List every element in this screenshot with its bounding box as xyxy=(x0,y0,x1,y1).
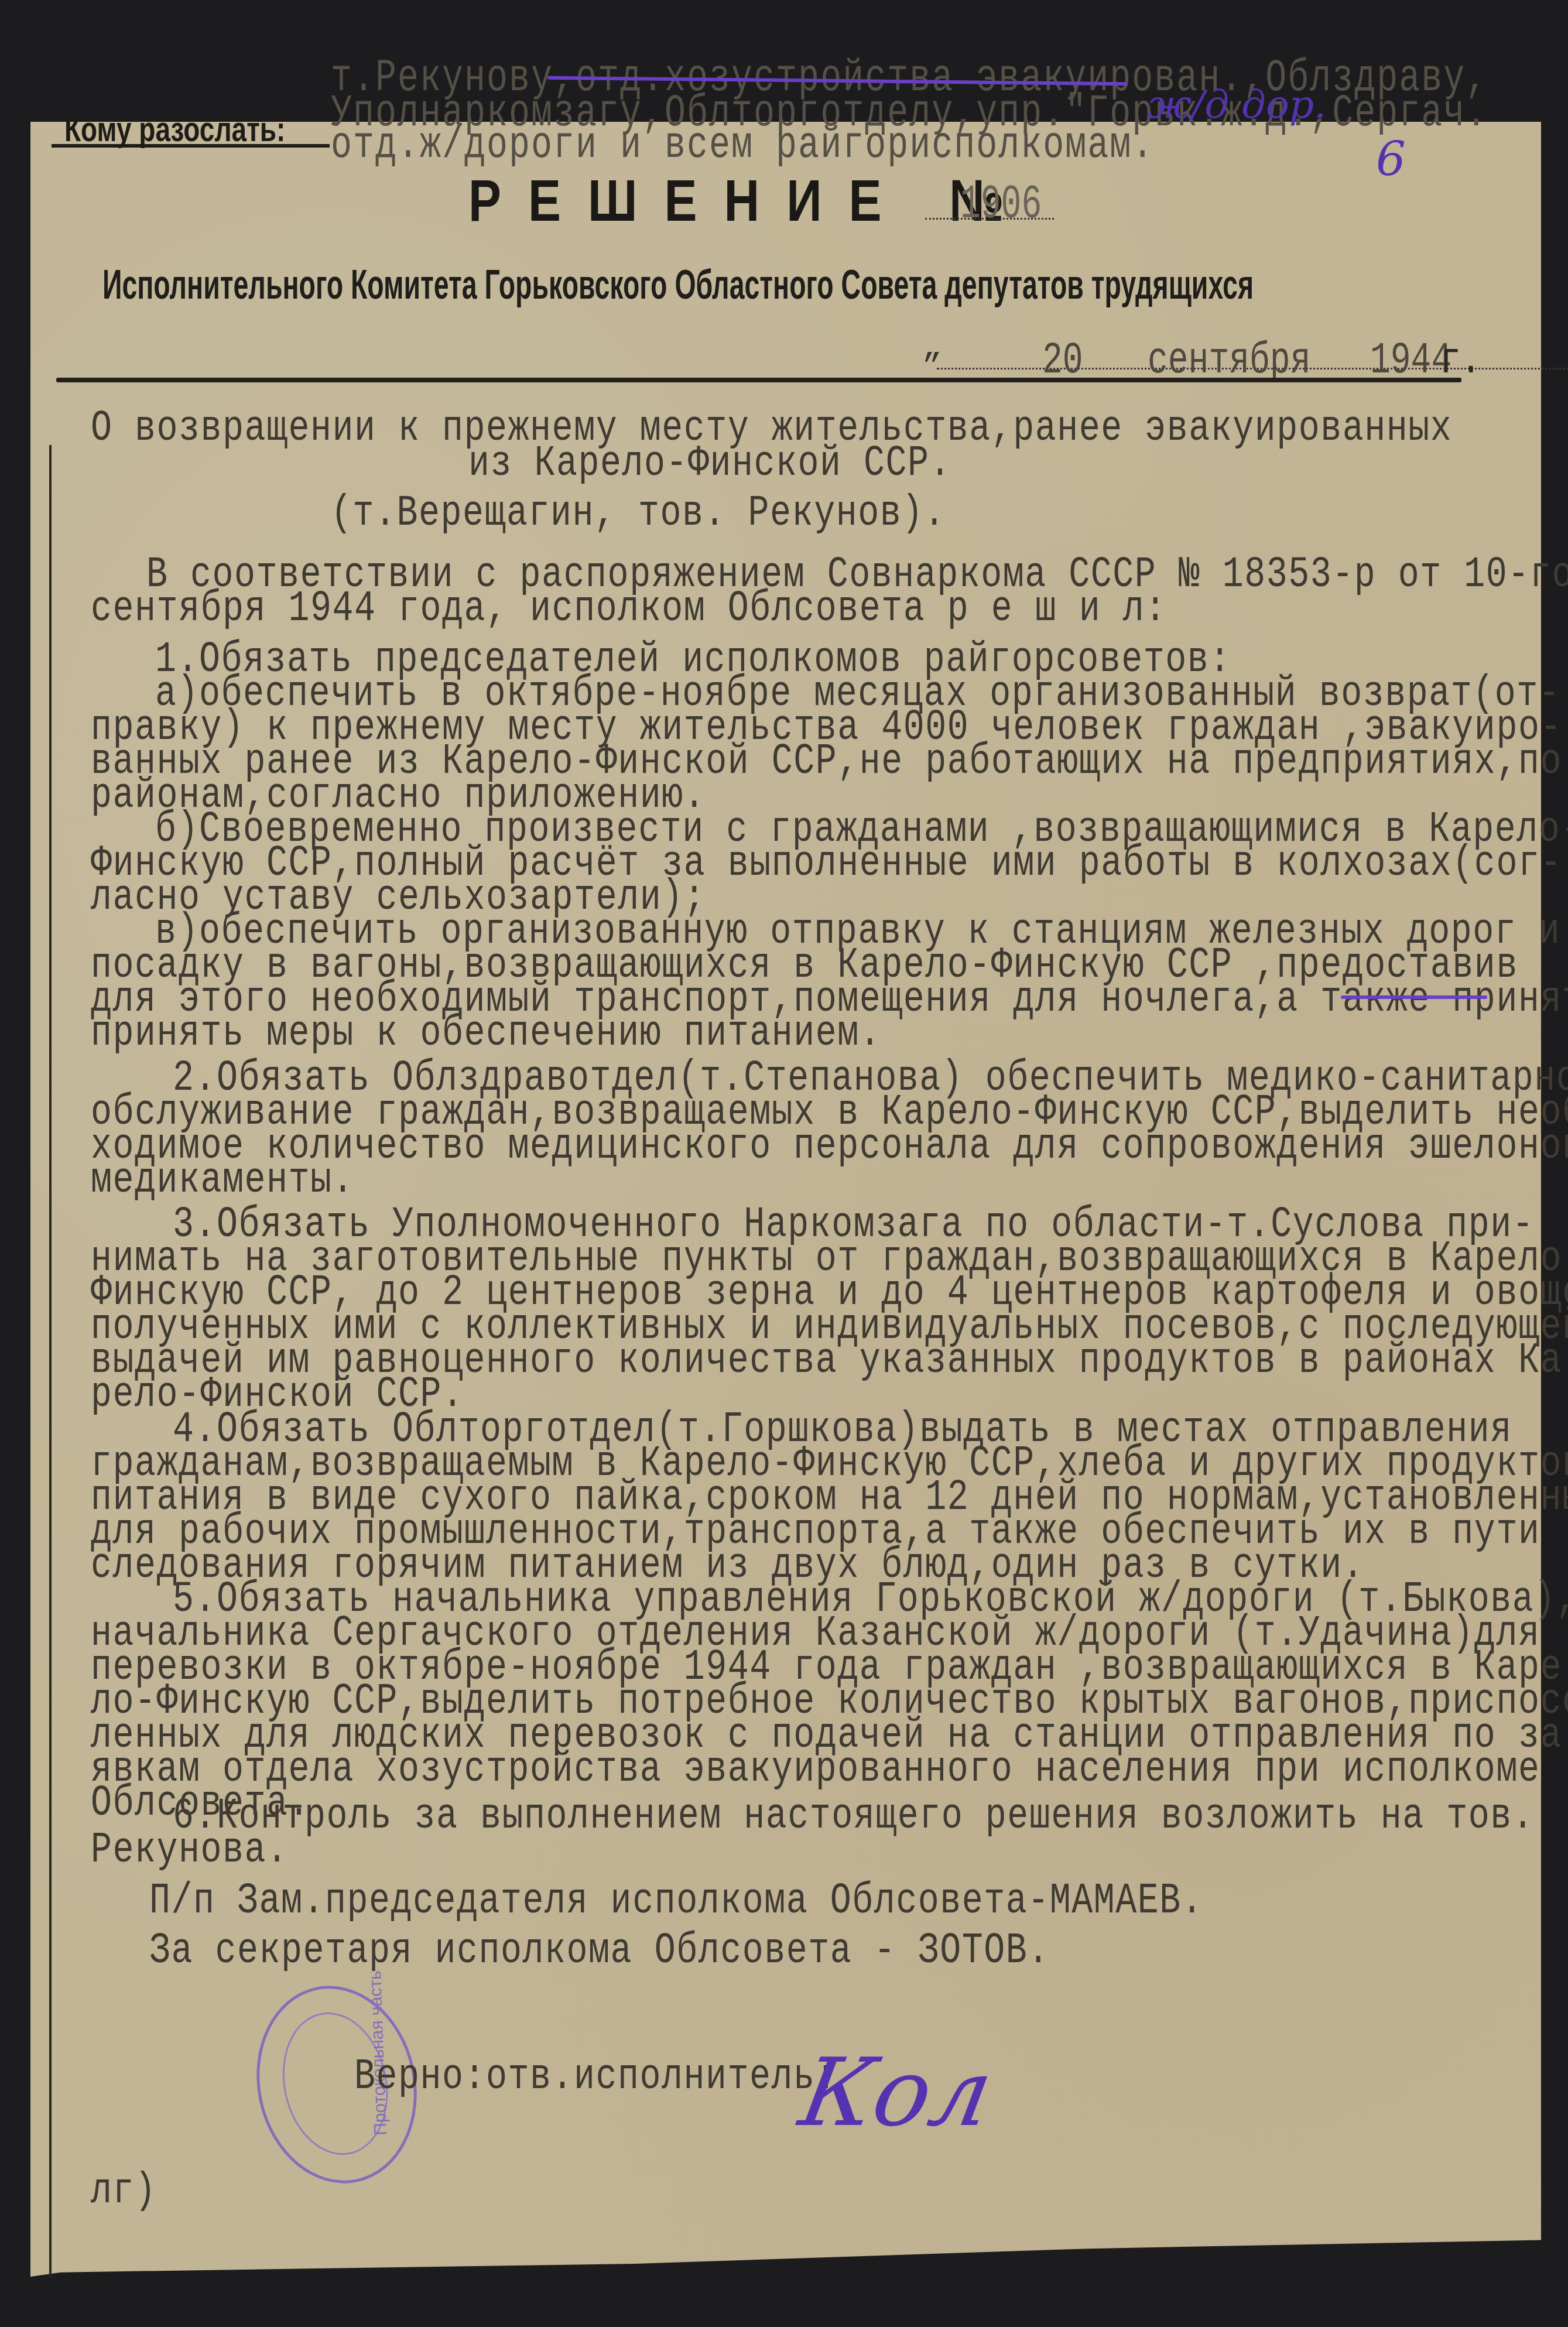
issuer-title: Исполнительного Комитета Горьковского Об… xyxy=(102,261,1254,308)
strikethrough-mark xyxy=(1341,995,1487,999)
item-6-line-2: Рекунова. xyxy=(91,1826,289,1876)
subject-reporters: (т.Верещагин, тов. Рекунов). xyxy=(331,489,946,539)
handwritten-signature: Кол xyxy=(793,2038,1001,2147)
decision-number: 1906 xyxy=(960,179,1042,232)
send-to-label: Кому разослать: xyxy=(64,108,285,149)
item-6-line-1: 6.Контроль за выполнением настоящего реш… xyxy=(173,1792,1534,1842)
item-1-line-12: принять меры к обеспечению питанием. xyxy=(91,1009,881,1059)
header-divider xyxy=(56,378,1461,382)
recipients-line-3: отд.ж/дороги и всем райгорисполкомам. xyxy=(331,123,1154,169)
date-open-quote: „ xyxy=(922,331,943,364)
send-to-underline xyxy=(52,144,330,148)
handwritten-page-mark: 6 xyxy=(1376,132,1406,186)
left-margin-rule xyxy=(49,445,52,2278)
decision-title: РЕШЕНИЕ № xyxy=(468,167,1031,235)
number-dotted-line xyxy=(925,218,1054,220)
signature-secretary: За секретаря исполкома Облсовета - ЗОТОВ… xyxy=(149,1926,1050,1976)
preamble-line-2: сентября 1944 года, исполком Облсовета р… xyxy=(91,584,1167,634)
item-2-line-4: медикаменты. xyxy=(91,1156,354,1206)
certified-by-line: Верно:отв.исполнитель: xyxy=(354,2052,837,2102)
handwritten-note: ж/д дор. xyxy=(1148,82,1326,127)
signature-deputy-chairman: П/п Зам.председателя исполкома Облсовета… xyxy=(149,1877,1203,1926)
typist-initials: лг) xyxy=(91,2167,157,2216)
subject-line-2: из Карело-Финской ССР. xyxy=(468,439,951,489)
